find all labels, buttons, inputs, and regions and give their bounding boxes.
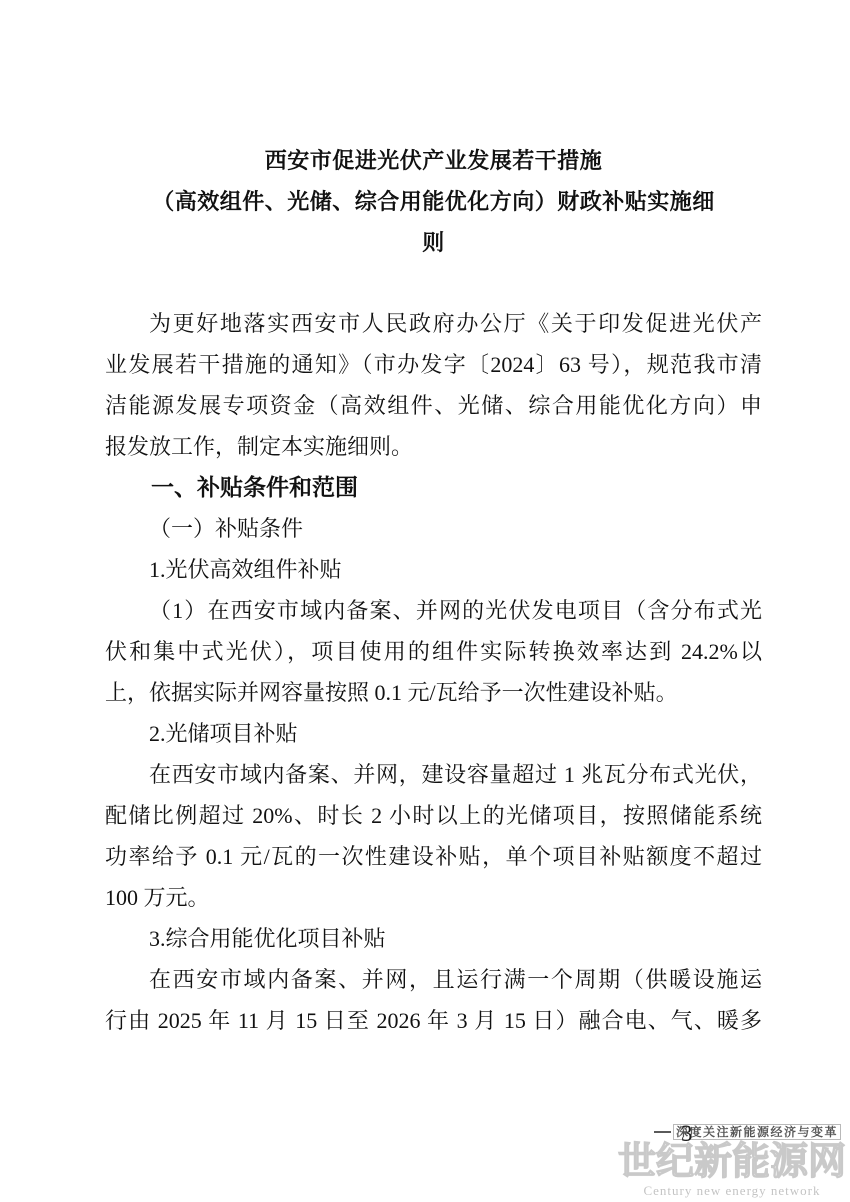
- page-number: 3: [681, 1120, 693, 1148]
- title-line: 则: [105, 222, 762, 263]
- text-line: （一）补贴条件: [105, 508, 762, 549]
- item-1-paragraph: （1）在西安市域内备案、并网的光伏发电项目（含分布式光伏和集中式光伏），项目使用…: [105, 590, 762, 713]
- text-line: 洁能源发展专项资金（高效组件、光储、综合用能优化方向）申: [105, 385, 762, 426]
- text-line: 1.光伏高效组件补贴: [105, 549, 762, 590]
- document-content: 西安市促进光伏产业发展若干措施（高效组件、光储、综合用能优化方向）财政补贴实施细…: [105, 0, 762, 1041]
- subsection-1-heading: （一）补贴条件: [105, 508, 762, 549]
- text-line: 报发放工作，制定本实施细则。: [105, 426, 762, 467]
- intro-paragraph: 为更好地落实西安市人民政府办公厅《关于印发促进光伏产业发展若干措施的通知》（市办…: [105, 303, 762, 467]
- item-2-heading: 2.光储项目补贴: [105, 713, 762, 754]
- section-1-heading: 一、补贴条件和范围: [105, 467, 762, 508]
- watermark-brand-english: Century new energy network: [616, 1183, 848, 1199]
- text-line: 为更好地落实西安市人民政府办公厅《关于印发促进光伏产: [105, 303, 762, 344]
- text-line: 业发展若干措施的通知》（市办发字〔2024〕63 号），规范我市清: [105, 344, 762, 385]
- text-line: （1）在西安市域内备案、并网的光伏发电项目（含分布式光: [105, 590, 762, 631]
- text-line: 上，依据实际并网容量按照 0.1 元/瓦给予一次性建设补贴。: [105, 672, 762, 713]
- text-line: 3.综合用能优化项目补贴: [105, 918, 762, 959]
- item-3-paragraph: 在西安市域内备案、并网，且运行满一个周期（供暖设施运行由 2025 年 11 月…: [105, 959, 762, 1041]
- text-line: 在西安市域内备案、并网，建设容量超过 1 兆瓦分布式光伏，: [105, 754, 762, 795]
- text-line: 伏和集中式光伏），项目使用的组件实际转换效率达到 24.2%以: [105, 631, 762, 672]
- text-line: 在西安市域内备案、并网，且运行满一个周期（供暖设施运: [105, 959, 762, 1000]
- item-2-paragraph: 在西安市域内备案、并网，建设容量超过 1 兆瓦分布式光伏，配储比例超过 20%、…: [105, 754, 762, 918]
- text-line: 100 万元。: [105, 877, 762, 918]
- text-line: 功率给予 0.1 元/瓦的一次性建设补贴，单个项目补贴额度不超过: [105, 836, 762, 877]
- text-line: 一、补贴条件和范围: [105, 467, 762, 508]
- text-line: 行由 2025 年 11 月 15 日至 2026 年 3 月 15 日）融合电…: [105, 1000, 762, 1041]
- watermark-slogan-text: 深度关注新能源经济与变革: [673, 1124, 841, 1140]
- item-3-heading: 3.综合用能优化项目补贴: [105, 918, 762, 959]
- item-1-heading: 1.光伏高效组件补贴: [105, 549, 762, 590]
- title-line: （高效组件、光储、综合用能优化方向）财政补贴实施细: [105, 181, 762, 222]
- text-line: 2.光储项目补贴: [105, 713, 762, 754]
- document-page: 西安市促进光伏产业发展若干措施（高效组件、光储、综合用能优化方向）财政补贴实施细…: [0, 0, 850, 1202]
- document-body: 为更好地落实西安市人民政府办公厅《关于印发促进光伏产业发展若干措施的通知》（市办…: [105, 303, 762, 1041]
- watermark-brand-chinese: 世纪新能源网: [616, 1141, 848, 1183]
- text-line: 配储比例超过 20%、时长 2 小时以上的光储项目，按照储能系统: [105, 795, 762, 836]
- document-title: 西安市促进光伏产业发展若干措施（高效组件、光储、综合用能优化方向）财政补贴实施细…: [105, 140, 762, 263]
- slogan-dash-line: [654, 1131, 671, 1133]
- title-line: 西安市促进光伏产业发展若干措施: [105, 140, 762, 181]
